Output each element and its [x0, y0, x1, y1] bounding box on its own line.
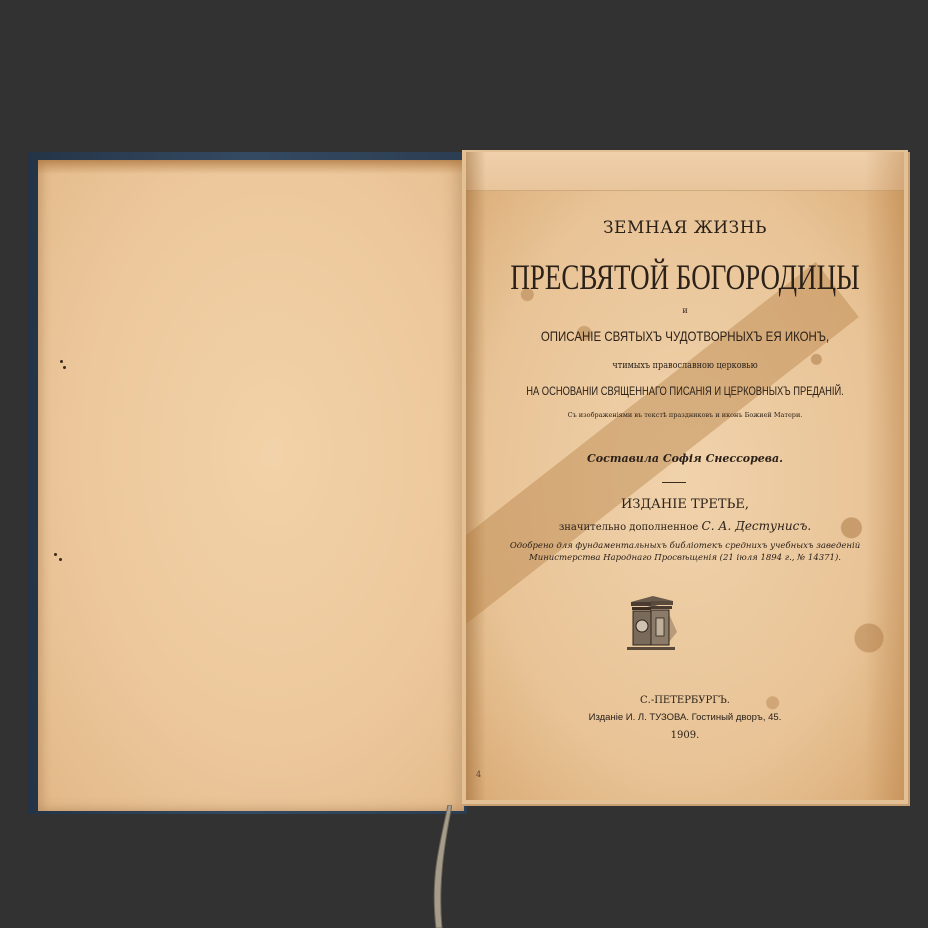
main-title: ПРЕСВЯТОЙ БОГОРОДИЦЫ [466, 257, 904, 299]
title-page-text: ЗЕМНАЯ ЖИЗНЬ ПРЕСВЯТОЙ БОГОРОДИЦЫ и ОПИС… [466, 152, 904, 800]
title-line-1: ЗЕМНАЯ ЖИЗНЬ [466, 218, 904, 238]
speck [63, 366, 66, 369]
book-photo-scene: ЗЕМНАЯ ЖИЗНЬ ПРЕСВЯТОЙ БОГОРОДИЦЫ и ОПИС… [0, 0, 928, 928]
subtitle: ОПИСАНІЕ СВЯТЫХЪ ЧУДОТВОРНЫХЪ ЕЯ ИКОНЪ, [505, 328, 864, 344]
approval-line-1: Одобрено для фундаментальныхъ библіотекъ… [466, 541, 904, 551]
author-line: Составила Софія Снессорева. [466, 452, 904, 465]
city: С.-ПЕТЕРБУРГЪ. [466, 695, 904, 706]
divider-rule [662, 482, 686, 483]
edition-editor: С. А. Дестунисъ. [702, 519, 812, 533]
publisher: Изданіе И. Л. ТУЗОВА. Гостиный дворъ, 45… [466, 712, 904, 723]
speck [54, 553, 57, 556]
speck [59, 558, 62, 561]
year: 1909. [466, 730, 904, 741]
top-edge-stain [38, 160, 464, 174]
publisher-emblem-icon [623, 592, 679, 654]
page-mark: 4 [476, 770, 481, 779]
speck [60, 360, 63, 363]
approval-line-2: Министерства Народнаго Просвѣщенія (21 і… [466, 553, 904, 563]
edition-note-prefix: значительно дополненное [559, 522, 699, 533]
bookmark-ribbon [430, 805, 452, 928]
edition-note: значительно дополненное С. А. Дестунисъ. [466, 519, 904, 533]
illustrations-note: Съ изображеніями въ текстѣ праздниковъ и… [466, 411, 904, 419]
edition-line: ИЗДАНІЕ ТРЕТЬЕ, [466, 497, 904, 512]
subtitle-2: чтимыхъ православною церковью [488, 361, 882, 371]
subtitle-3: НА ОСНОВАНІИ СВЯЩЕННАГО ПИСАНІЯ И ЦЕРКОВ… [514, 384, 856, 398]
left-endpaper-blank [38, 160, 464, 811]
conjunction: и [466, 306, 904, 315]
